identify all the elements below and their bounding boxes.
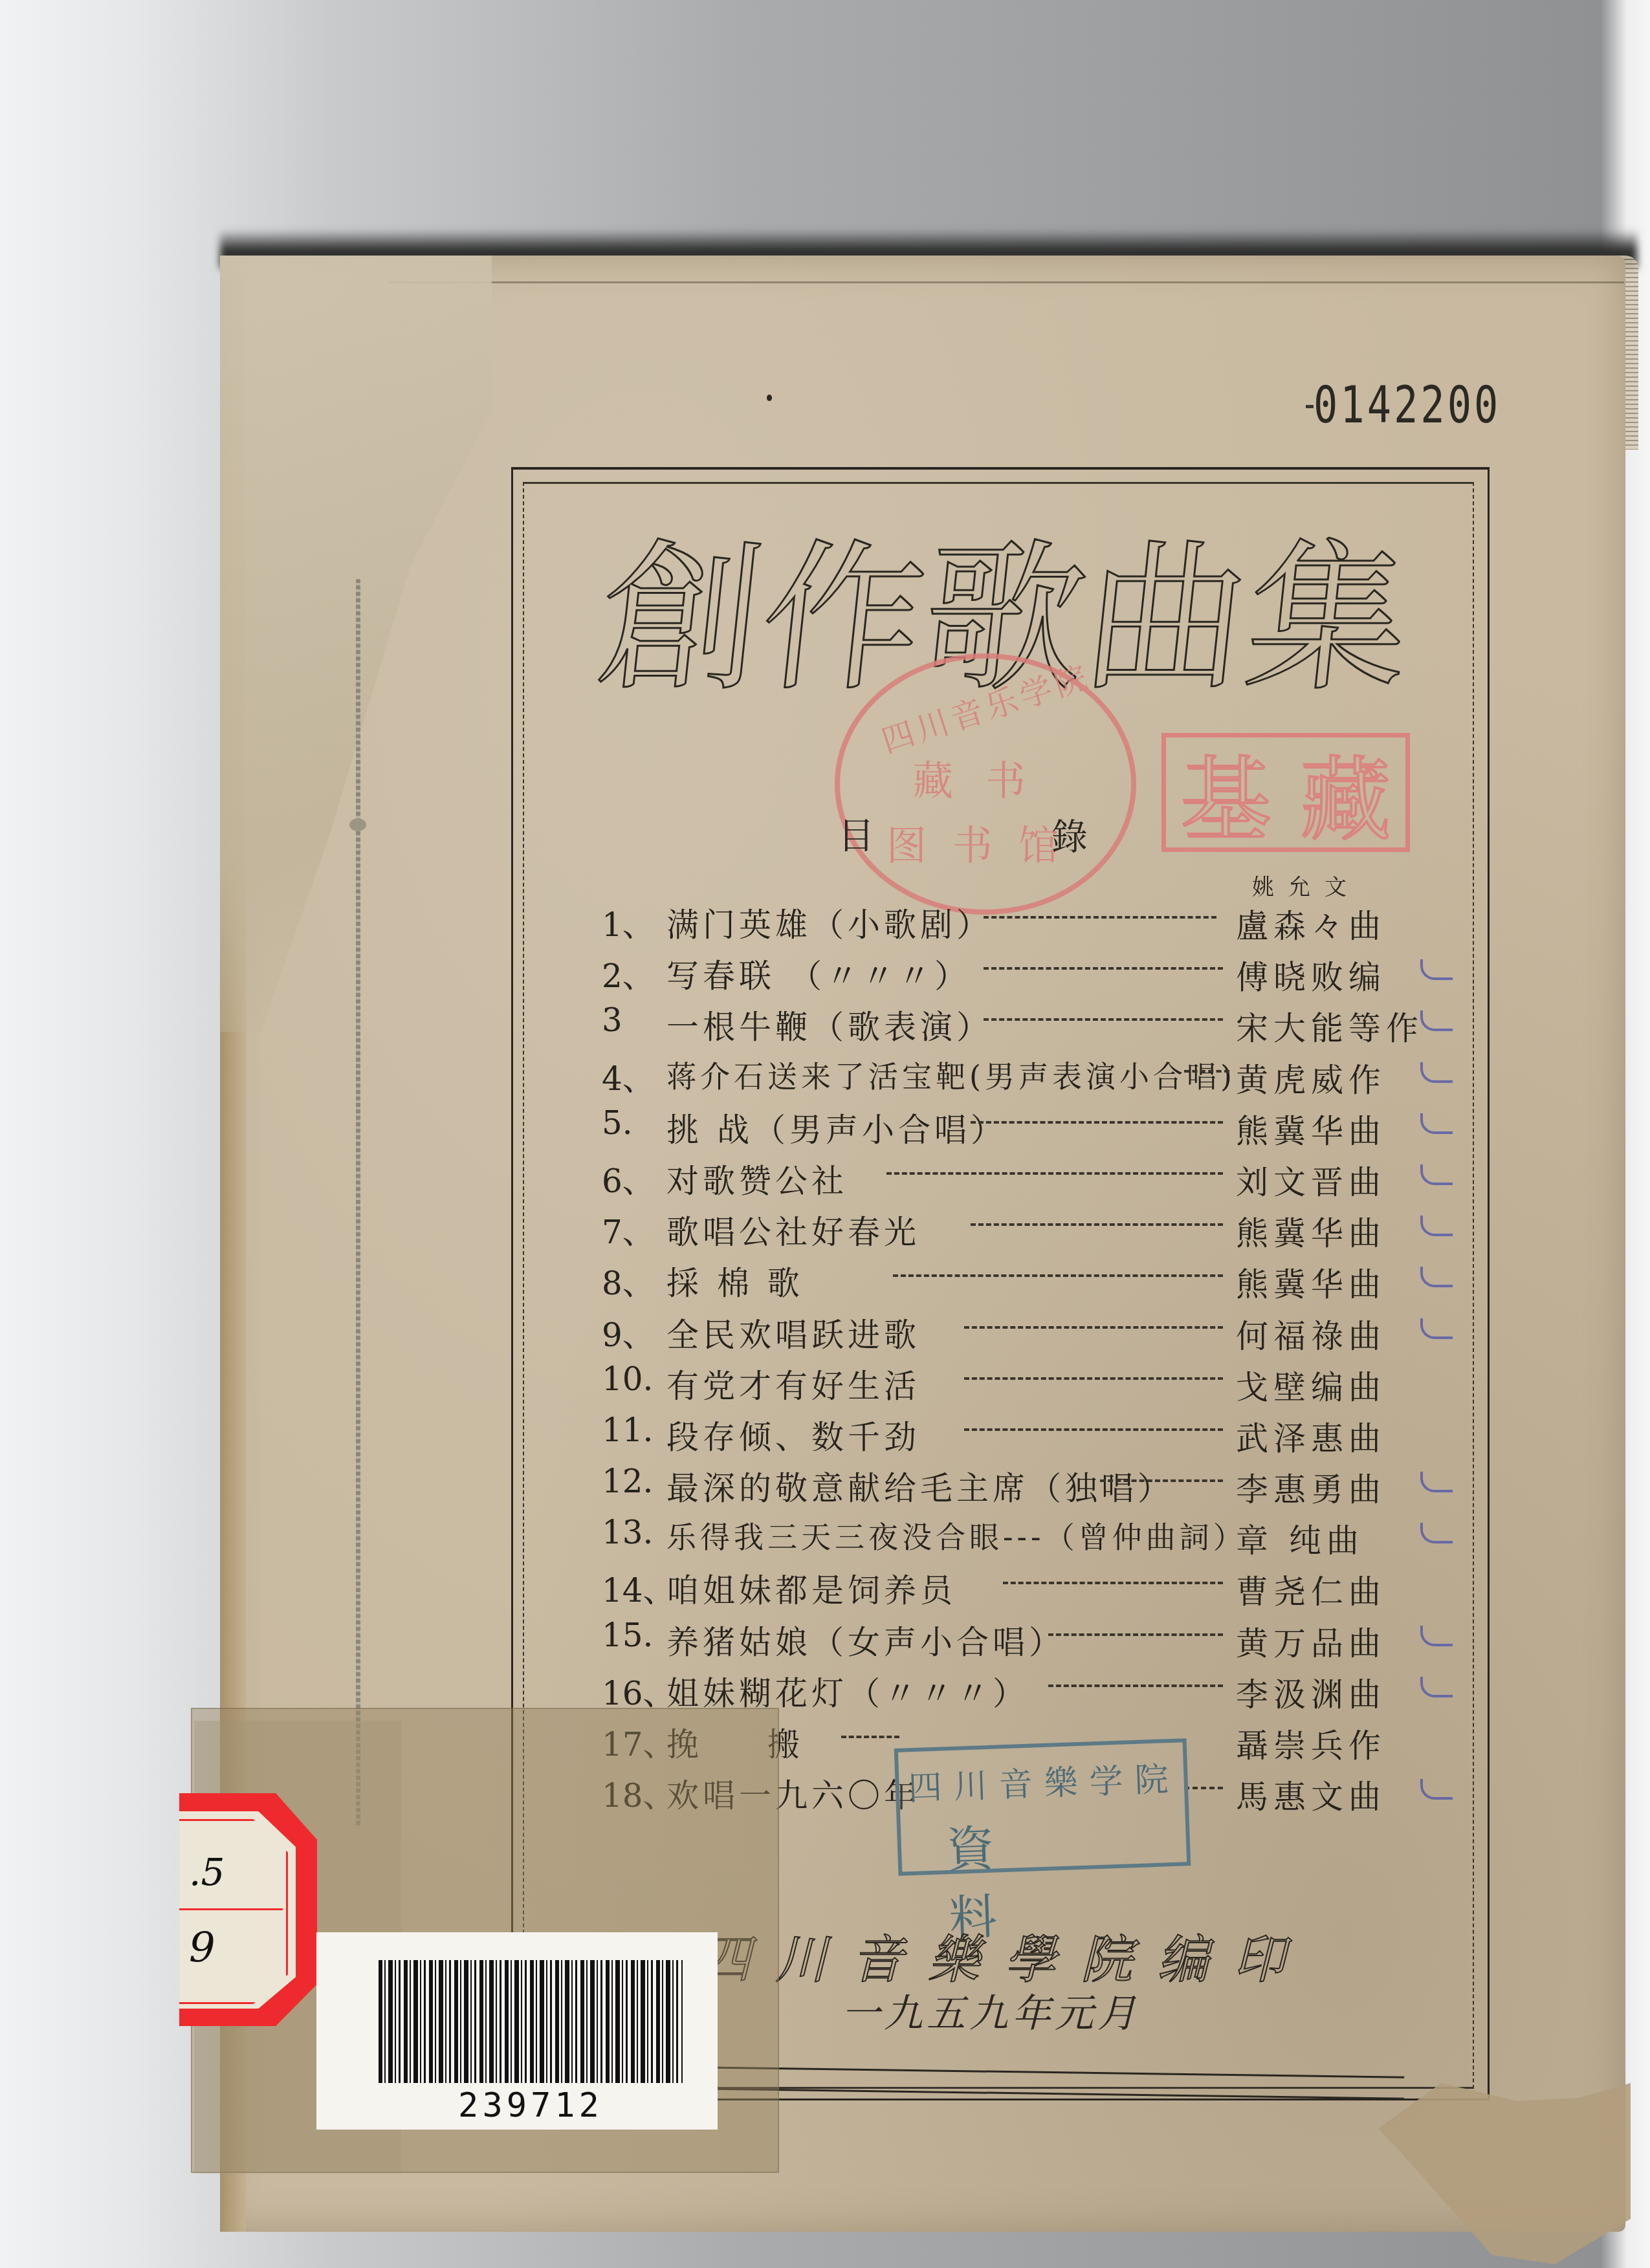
check-mark-icon — [1420, 1062, 1453, 1083]
check-mark-icon — [1420, 1113, 1453, 1134]
table-of-contents: 1、 满门英雄（小歌剧） 姚允文 盧森々曲 2、 写春联 （〃〃〃） 傅晓败编 … — [602, 893, 1443, 1815]
toc-author: 黄万品曲 — [1236, 1618, 1386, 1664]
toc-author: 戈壁编曲 — [1236, 1362, 1386, 1408]
check-mark-icon — [1420, 1677, 1453, 1697]
toc-author: 李汲渊曲 — [1236, 1669, 1386, 1716]
toc-number: 6、 — [602, 1155, 654, 1202]
toc-item: 6、 对歌赞公社 刘文晋曲 — [602, 1149, 1443, 1200]
serial-dash — [1306, 405, 1314, 408]
toc-number: 4、 — [602, 1053, 654, 1100]
toc-author: 何福祿曲 — [1236, 1311, 1386, 1357]
toc-title: 最深的敬意献给毛主席（独唱） — [666, 1463, 1174, 1509]
stamp-char: 基 — [1180, 728, 1271, 858]
serial-number: 0142200 — [1314, 376, 1501, 435]
check-mark-icon — [1420, 1523, 1453, 1543]
check-mark-icon — [1420, 959, 1453, 980]
dotted-leader — [1048, 1633, 1223, 1636]
toc-title: 全民欢唱跃进歌 — [666, 1309, 920, 1356]
call-number-bottom: 9 — [189, 1925, 215, 1972]
toc-item: 1、 满门英雄（小歌剧） 姚允文 盧森々曲 — [602, 893, 1443, 944]
toc-item: 13. 乐得我三天三夜没合眼---（曾仲曲詞） 章 纯曲 — [602, 1507, 1443, 1558]
toc-item: 12. 最深的敬意献给毛主席（独唱） 李惠勇曲 — [602, 1456, 1443, 1507]
dotted-leader — [893, 1274, 1223, 1277]
binding-knot — [349, 818, 366, 831]
toc-number: 2、 — [602, 950, 654, 997]
toc-item: 5. 挑 战（男声小合唱） 熊冀华曲 — [602, 1098, 1443, 1149]
toc-title: 一根牛鞭（歌表演） — [666, 1001, 993, 1048]
toc-item: 15. 养猪姑娘（女声小合唱） 黄万品曲 — [602, 1610, 1443, 1661]
toc-number: 9、 — [602, 1309, 654, 1356]
toc-item: 9、 全民欢唱跃进歌 何福祿曲 — [602, 1303, 1443, 1354]
toc-author: 刘文晋曲 — [1236, 1157, 1386, 1203]
toc-author: 曹尧仁曲 — [1236, 1566, 1386, 1613]
toc-number: 5. — [602, 1104, 654, 1142]
toc-item: 14、 咱姐妹都是饲养员 曹尧仁曲 — [602, 1558, 1443, 1609]
toc-author: 聶崇兵作 — [1236, 1720, 1386, 1767]
toc-author: 熊冀华曲 — [1236, 1106, 1386, 1152]
check-mark-icon — [1420, 1318, 1453, 1339]
toc-author: 黄虎威作 — [1236, 1054, 1386, 1101]
check-mark-icon — [1420, 1779, 1453, 1800]
toc-number: 12. — [602, 1463, 654, 1500]
toc-author: 武泽惠曲 — [1236, 1413, 1386, 1459]
toc-heading-lu: 錄 — [1051, 809, 1088, 860]
toc-number: 1、 — [602, 899, 654, 946]
dotted-leader — [971, 1121, 1223, 1124]
toc-number: 3 — [602, 1001, 654, 1039]
toc-title: 满门英雄（小歌剧） — [666, 899, 993, 946]
toc-author: 熊冀华曲 — [1236, 1208, 1386, 1254]
toc-author: 章 纯曲 — [1236, 1515, 1364, 1562]
toc-item: 4、 蒋介石送来了活宝靶(男声表演小合唱) 黄虎威作 — [602, 1047, 1443, 1098]
dotted-leader — [1184, 1070, 1229, 1073]
toc-title: 养猪姑娘（女声小合唱） — [666, 1617, 1065, 1663]
toc-heading-mu: 目 — [838, 807, 874, 859]
publication-date: 一九五九年元月 — [841, 1983, 1140, 2038]
dotted-leader — [964, 1428, 1223, 1431]
toc-author: 熊冀华曲 — [1236, 1259, 1386, 1305]
toc-title: 写春联 （〃〃〃） — [666, 950, 971, 997]
archive-stamp: 四川音樂学院 資料 — [894, 1738, 1191, 1876]
dotted-leader — [841, 1736, 899, 1738]
toc-item: 2、 写春联 （〃〃〃） 傅晓败编 — [602, 944, 1443, 995]
toc-author: 宋大能等作 — [1236, 1003, 1424, 1049]
barcode-icon — [379, 1960, 683, 2083]
toc-number: 11. — [602, 1412, 654, 1449]
library-round-stamp: 四川音乐学院 藏书 图书馆 — [835, 653, 1136, 915]
check-mark-icon — [1420, 1626, 1453, 1646]
toc-item: 8、 採 棉 歌 熊冀华曲 — [602, 1251, 1443, 1302]
toc-title: 有党才有好生活 — [666, 1360, 920, 1407]
toc-item: 11. 段存倾、数千劲 武泽惠曲 — [602, 1405, 1443, 1456]
toc-number: 7、 — [602, 1206, 654, 1253]
stamp-middle-text: 藏书 — [840, 749, 1131, 807]
toc-item: 3 一根牛鞭（歌表演） 宋大能等作 — [602, 995, 1443, 1046]
check-mark-icon — [1420, 1472, 1453, 1492]
toc-author: 李惠勇曲 — [1236, 1464, 1386, 1510]
toc-author: 傅晓败编 — [1236, 952, 1386, 998]
toc-author-extra: 姚允文 — [1252, 869, 1361, 901]
toc-number: 14、 — [602, 1565, 654, 1611]
dotted-leader — [1184, 1787, 1223, 1789]
call-number-label-border — [179, 1819, 288, 2004]
check-mark-icon — [1420, 1267, 1453, 1287]
toc-title: 姐妹糊花灯（〃〃〃） — [666, 1668, 1029, 1714]
dotted-leader — [1003, 1582, 1223, 1584]
toc-title: 蒋介石送来了活宝靶(男声表演小合唱) — [666, 1053, 1236, 1096]
toc-title: 採 棉 歌 — [666, 1258, 804, 1304]
toc-number: 16、 — [602, 1668, 654, 1714]
check-mark-icon — [1420, 1164, 1453, 1185]
torn-top-edge — [388, 256, 1624, 283]
stamp-char: 藏 — [1300, 728, 1391, 858]
barcode-number: 239712 — [379, 2086, 683, 2125]
dotted-leader — [964, 1377, 1223, 1380]
archive-stamp-school: 四川音樂学院 — [907, 1752, 1180, 1810]
dotted-leader — [984, 916, 1216, 919]
dotted-leader — [984, 967, 1223, 970]
title-char: 創 — [589, 488, 776, 721]
toc-number: 8、 — [602, 1258, 654, 1304]
toc-number: 10. — [602, 1360, 654, 1398]
toc-title: 乐得我三天三夜没合眼---（曾仲曲詞） — [666, 1514, 1247, 1556]
ink-dot — [767, 395, 772, 401]
dotted-leader — [964, 1326, 1223, 1329]
title-char: 集 — [1237, 488, 1423, 721]
dotted-leader — [1048, 1685, 1223, 1687]
toc-item: 10. 有党才有好生活 戈壁编曲 — [602, 1354, 1443, 1405]
dotted-leader — [886, 1172, 1223, 1175]
toc-author: 馬惠文曲 — [1236, 1771, 1386, 1818]
toc-item: 16、 姐妹糊花灯（〃〃〃） 李汲渊曲 — [602, 1661, 1443, 1712]
toc-number: 13. — [602, 1514, 654, 1551]
toc-number: 15. — [602, 1617, 654, 1654]
toc-title: 对歌赞公社 — [666, 1155, 848, 1202]
check-mark-icon — [1420, 1216, 1453, 1236]
toc-title: 咱姐妹都是饲养员 — [666, 1565, 956, 1611]
toc-item: 7、 歌唱公社好春光 熊冀华曲 — [602, 1200, 1443, 1251]
check-mark-icon — [1420, 1010, 1453, 1031]
toc-title: 歌唱公社好春光 — [666, 1206, 920, 1253]
toc-title: 挑 战（男声小合唱） — [666, 1104, 1007, 1151]
toc-author: 盧森々曲 — [1236, 900, 1386, 947]
toc-title: 段存倾、数千劲 — [666, 1412, 920, 1458]
collection-square-stamp: 基 藏 — [1161, 733, 1410, 852]
dotted-leader — [984, 1018, 1223, 1021]
call-number-divider — [179, 1908, 283, 1910]
dotted-leader — [971, 1223, 1223, 1226]
call-number-top: .5 — [189, 1850, 225, 1894]
dotted-leader — [1100, 1479, 1223, 1482]
binding-string — [356, 579, 360, 1827]
publisher-line: 四川音樂學院编印 — [699, 1918, 1310, 1992]
